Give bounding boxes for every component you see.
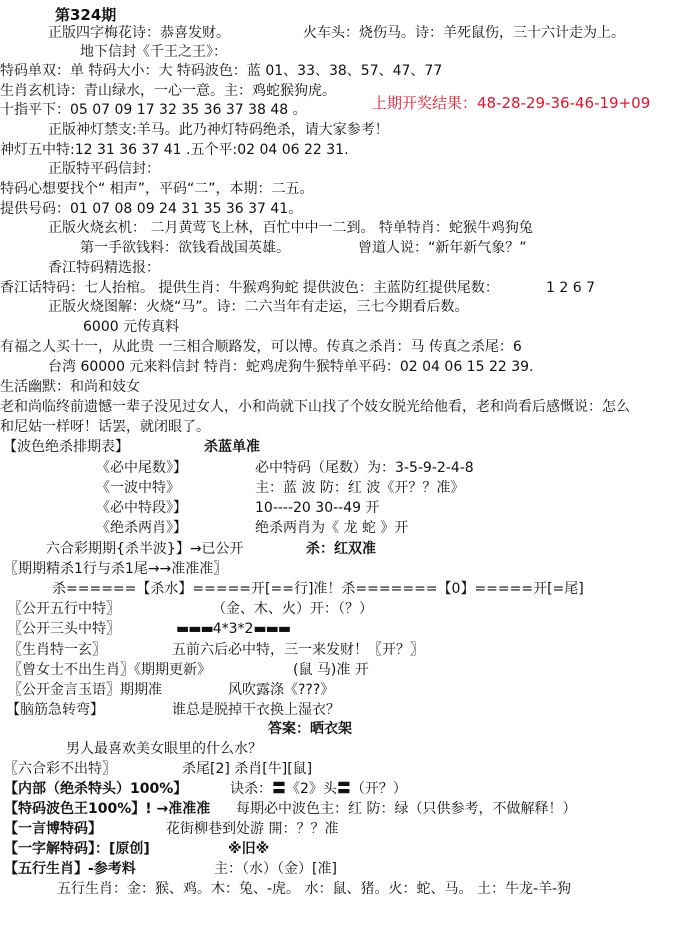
zeng-zodiac-value: (鼠 马)准 开: [293, 661, 369, 679]
wave-table-heading: 【波色绝杀排期表】: [3, 438, 129, 456]
riddle-question-2: 男人最喜欢美女眼里的什么水？: [66, 740, 262, 758]
fire-diagram: 正版火烧图解：火烧“马”。诗：二六当年有走运，三七今期看后数。: [48, 298, 469, 316]
kill-sequence: 杀======【杀水】=====开[==行]准！杀=======【0】=====…: [52, 580, 584, 598]
kill-row-tail: 〖期期精杀1行与杀1尾→→准准准〗: [4, 560, 227, 578]
humor-text-1: 老和尚临终前遗憾一辈子没见过女人，小和尚就下山找了个妓女脱光给他看，老和尚看后感…: [0, 398, 630, 416]
three-heads-value: ▬▬▬4*3*2▬▬▬: [176, 620, 290, 638]
tail-numbers: 1 2 6 7: [546, 279, 595, 297]
one-word-value: 花街柳巷到处游 開：？？准: [166, 820, 338, 838]
block-bars: ▬▬▬: [176, 621, 213, 637]
char-value: ※旧※: [228, 840, 269, 858]
humor-text-2: 和尼姑一样呀！话罢，就闭眼了。: [0, 418, 210, 436]
five-zodiac-detail: 五行生肖：金：猴、鸡。木：兔、-虎。 水：鼠、猪。火：蛇、马。 土：牛龙-羊-狗: [57, 880, 571, 898]
fire-mystery: 正版火烧玄机： 二月黄莺飞上林，百忙中中一二到。 特单特肖：蛇猴牛鸡狗兔: [48, 219, 533, 237]
tail-value: 必中特码（尾数）为：3-5-9-2-4-8: [255, 459, 474, 477]
riddle-answer: 答案：晒衣架: [268, 720, 352, 738]
fax-line: 有福之人买十一，从此贵 一三相合顺路发，可以博。传真之杀肖：马 传真之杀尾：6: [0, 338, 522, 356]
crosstalk-line: 特码心想要找个“ 相声”，平码“二”，本期：二五。: [0, 180, 313, 198]
golden-words-value: 风吹露涤《???》: [228, 681, 334, 699]
xiangjiang-heading: 香江特码精选报：: [48, 259, 160, 277]
one-word-label: 【一言博特码】: [4, 820, 102, 838]
xiangjiang-line: 香江话特码：七人抬棺。 提供生肖：牛猴鸡狗蛇 提供波色：主蓝防红提供尾数：: [0, 279, 499, 297]
three-heads-label: 〖公开三头中特〗: [8, 620, 120, 638]
provided-numbers: 提供号码：01 07 08 09 24 31 35 36 37 41。: [0, 200, 302, 218]
envelope-heading: 地下信封《千王之王》：: [80, 43, 227, 61]
taiwan-line: 台湾 60000 元来料信封 特肖：蛇鸡虎狗牛猴特单平码：02 04 06 15…: [48, 358, 533, 376]
no-special-label: 〖六合彩不出特〗: [4, 760, 116, 778]
flat-envelope: 正版特平码信封：: [48, 160, 160, 178]
block-bars: ▬▬▬: [253, 621, 290, 637]
kill-blue: 杀蓝单准: [204, 438, 260, 456]
five-elements-value: （金、木、火）开：（？）: [212, 600, 373, 618]
no-special-value: 杀尾[2] 杀肖[牛][鼠]: [182, 760, 312, 778]
zodiac-poem: 生肖玄机诗：青山绿水，一心一意。主：鸡蛇猴狗虎。: [0, 82, 336, 100]
plum-poem: 正版四字梅花诗：恭喜发财。: [48, 24, 230, 42]
wave-king-label: 【特码波色王100%】! →准准准: [4, 800, 210, 818]
golden-words-label: 〖公开金言玉语〗期期准: [8, 681, 162, 699]
zeng-zodiac-label: 〖曾女士不出生肖〗《期期更新》: [8, 661, 211, 679]
humor-heading: 生活幽默：和尚和妓女: [0, 378, 140, 396]
five-elements-label: 〖公开五行中特〗: [8, 600, 120, 618]
wave-king-value: 每期必中波色主：红 防：绿（只供参考，不做解释！）: [236, 800, 576, 818]
char-label: 【一字解特码】：[原创]: [4, 840, 150, 858]
three-heads-numbers: 4*3*2: [213, 621, 254, 637]
five-zodiac-value: 主：（水）（金）[准]: [214, 860, 337, 878]
half-wave-label: 六合彩期期{杀半波}】→已公开: [46, 540, 244, 558]
fax-heading: 6000 元传真料: [83, 318, 179, 336]
lamp-line: 正版神灯禁支:羊马。此乃神灯特码绝杀，请大家参考！: [48, 121, 389, 139]
wave-label: 《一波中特》: [96, 479, 180, 497]
last-result: 上期开奖结果：48-28-29-36-46-19+09: [372, 94, 650, 112]
ten-fingers: 十指平下：05 07 09 17 32 35 36 37 38 48 。: [0, 101, 307, 119]
special-code-line: 特码单双：单 特码大小：大 特码波色：蓝 01、33、38、57、47、77: [0, 62, 442, 80]
internal-label: 【内部（绝杀特头）100%】: [4, 780, 187, 798]
zodiac-mystery-value: 五前六后必中特，三一来发财！〖开？〗: [172, 641, 424, 659]
segment-value: 10----20 30--49 开: [255, 499, 379, 517]
tail-label: 《必中尾数》】: [96, 459, 187, 477]
internal-value: 诀杀：〓《2》头〓（开？）: [230, 780, 407, 798]
lamp-numbers: 神灯五中特:12 31 36 37 41 .五个平:02 04 06 22 31…: [0, 141, 349, 159]
riddle-label: 【脑筋急转弯】: [6, 701, 104, 719]
kill-two-value: 绝杀两肖为《 龙 蛇 》开: [255, 519, 408, 537]
half-wave-value: 杀：红双准: [306, 540, 376, 558]
train-head: 火车头：烧伤马。诗：羊死鼠伤，三十六计走为上。: [303, 24, 625, 42]
five-zodiac-label: 【五行生肖】-参考料: [4, 860, 136, 878]
segment-label: 《必中特段》】: [96, 499, 187, 517]
issue-title: 第324期: [55, 6, 116, 24]
zeng-says: 曾道人说：“新年新气象？”: [358, 239, 527, 257]
riddle-question: 谁总是脱掉干衣换上湿衣？: [172, 701, 340, 719]
money-tip: 第一手欲钱料：欲钱看战国英雄。: [80, 239, 290, 257]
zodiac-mystery-label: 〖生肖特一玄〗: [8, 641, 106, 659]
wave-value: 主：蓝 波 防：红 波《开？？准》: [255, 479, 464, 497]
kill-two-label: 《绝杀两肖》】: [96, 519, 187, 537]
